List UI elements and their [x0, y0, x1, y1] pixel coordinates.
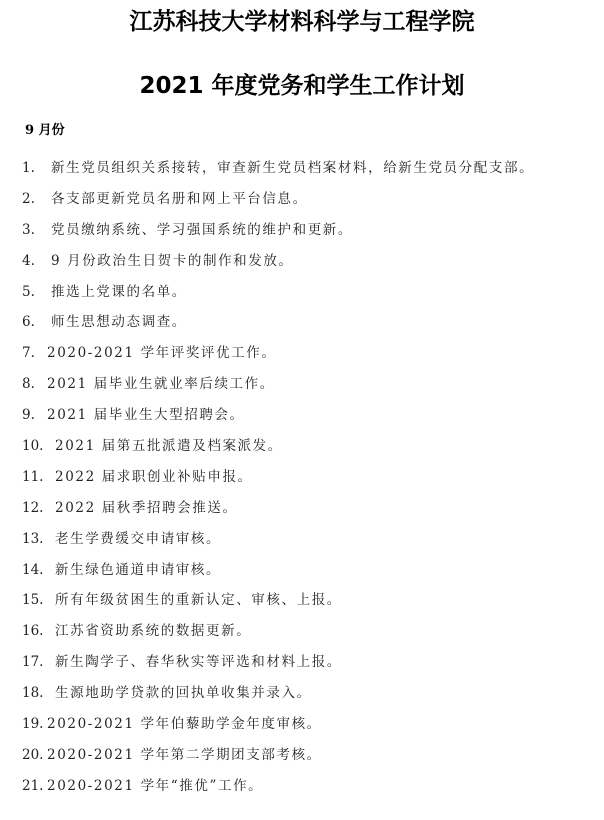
item-number: 14.: [22, 560, 43, 580]
item-number: 11.: [22, 467, 43, 487]
item-text: 新生陶学子、春华秋实等评选和材料上报。: [55, 652, 342, 672]
item-number: 12.: [22, 498, 43, 518]
item-text: 师生思想动态调查。: [51, 312, 187, 332]
item-text: 2021 届毕业生就业率后续工作。: [47, 374, 275, 394]
item-number: 2.: [22, 189, 35, 209]
item-number: 15.: [22, 590, 43, 610]
item-number: 17.: [22, 652, 43, 672]
item-number: 7.: [22, 343, 35, 363]
item-number: 8.: [22, 374, 35, 394]
item-text: 2022 届秋季招聘会推送。: [55, 498, 238, 518]
list-item: 8.2021 届毕业生就业率后续工作。: [0, 374, 604, 405]
document-subtitle: 2021 年度党务和学生工作计划: [0, 70, 604, 102]
item-text: 2021 届第五批派遣及档案派发。: [55, 436, 283, 456]
item-number: 9.: [22, 405, 35, 425]
item-number: 10.: [22, 436, 43, 456]
item-number: 20.: [22, 745, 43, 765]
item-number: 5.: [22, 282, 35, 302]
item-text: 2022 届求职创业补贴申报。: [55, 467, 253, 487]
item-number: 21.: [22, 776, 43, 796]
list-item: 17.新生陶学子、春华秋实等评选和材料上报。: [0, 652, 604, 683]
item-text: 2020-2021 学年伯藜助学金年度审核。: [47, 714, 322, 734]
list-item: 9.2021 届毕业生大型招聘会。: [0, 405, 604, 436]
item-text: 老生学费缓交申请审核。: [55, 529, 221, 549]
item-number: 19.: [22, 714, 43, 734]
item-number: 13.: [22, 529, 43, 549]
item-text: 生源地助学贷款的回执单收集并录入。: [55, 683, 312, 703]
list-item: 16.江苏省资助系统的数据更新。: [0, 621, 604, 652]
item-text: 各支部更新党员名册和网上平台信息。: [51, 189, 308, 209]
list-item: 12.2022 届秋季招聘会推送。: [0, 498, 604, 529]
list-item: 20.2020-2021 学年第二学期团支部考核。: [0, 745, 604, 776]
item-text: 推选上党课的名单。: [51, 282, 187, 302]
item-number: 16.: [22, 621, 43, 641]
item-text: 2020-2021 学年“推优”工作。: [47, 776, 263, 796]
list-item: 4.9 月份政治生日贺卡的制作和发放。: [0, 251, 604, 282]
list-item: 10.2021 届第五批派遣及档案派发。: [0, 436, 604, 467]
list-item: 5.推选上党课的名单。: [0, 282, 604, 313]
item-text: 2020-2021 学年评奖评优工作。: [47, 343, 276, 363]
item-number: 18.: [22, 683, 43, 703]
item-number: 6.: [22, 312, 35, 332]
item-text: 9 月份政治生日贺卡的制作和发放。: [51, 251, 294, 271]
item-text: 新生党员组织关系接转，审查新生党员档案材料，给新生党员分配支部。: [51, 158, 534, 178]
list-item: 14.新生绿色通道申请审核。: [0, 560, 604, 591]
document-title: 江苏科技大学材料科学与工程学院: [0, 6, 604, 38]
list-item: 18.生源地助学贷款的回执单收集并录入。: [0, 683, 604, 714]
list-item: 6.师生思想动态调查。: [0, 312, 604, 343]
task-list: 1.新生党员组织关系接转，审查新生党员档案材料，给新生党员分配支部。 2.各支部…: [0, 158, 604, 807]
item-text: 2021 届毕业生大型招聘会。: [47, 405, 245, 425]
list-item: 1.新生党员组织关系接转，审查新生党员档案材料，给新生党员分配支部。: [0, 158, 604, 189]
item-number: 4.: [22, 251, 35, 271]
section-heading: 9 月份: [25, 122, 65, 140]
item-text: 江苏省资助系统的数据更新。: [55, 621, 251, 641]
list-item: 11.2022 届求职创业补贴申报。: [0, 467, 604, 498]
list-item: 21.2020-2021 学年“推优”工作。: [0, 776, 604, 807]
document-page: 江苏科技大学材料科学与工程学院 2021 年度党务和学生工作计划 9 月份 1.…: [0, 0, 604, 820]
list-item: 13.老生学费缓交申请审核。: [0, 529, 604, 560]
item-text: 新生绿色通道申请审核。: [55, 560, 221, 580]
item-number: 3.: [22, 220, 35, 240]
item-text: 2020-2021 学年第二学期团支部考核。: [47, 745, 322, 765]
item-number: 1.: [22, 158, 35, 178]
list-item: 19.2020-2021 学年伯藜助学金年度审核。: [0, 714, 604, 745]
list-item: 15.所有年级贫困生的重新认定、审核、上报。: [0, 590, 604, 621]
list-item: 7.2020-2021 学年评奖评优工作。: [0, 343, 604, 374]
list-item: 2.各支部更新党员名册和网上平台信息。: [0, 189, 604, 220]
list-item: 3.党员缴纳系统、学习强国系统的维护和更新。: [0, 220, 604, 251]
item-text: 党员缴纳系统、学习强国系统的维护和更新。: [51, 220, 353, 240]
item-text: 所有年级贫困生的重新认定、审核、上报。: [55, 590, 342, 610]
